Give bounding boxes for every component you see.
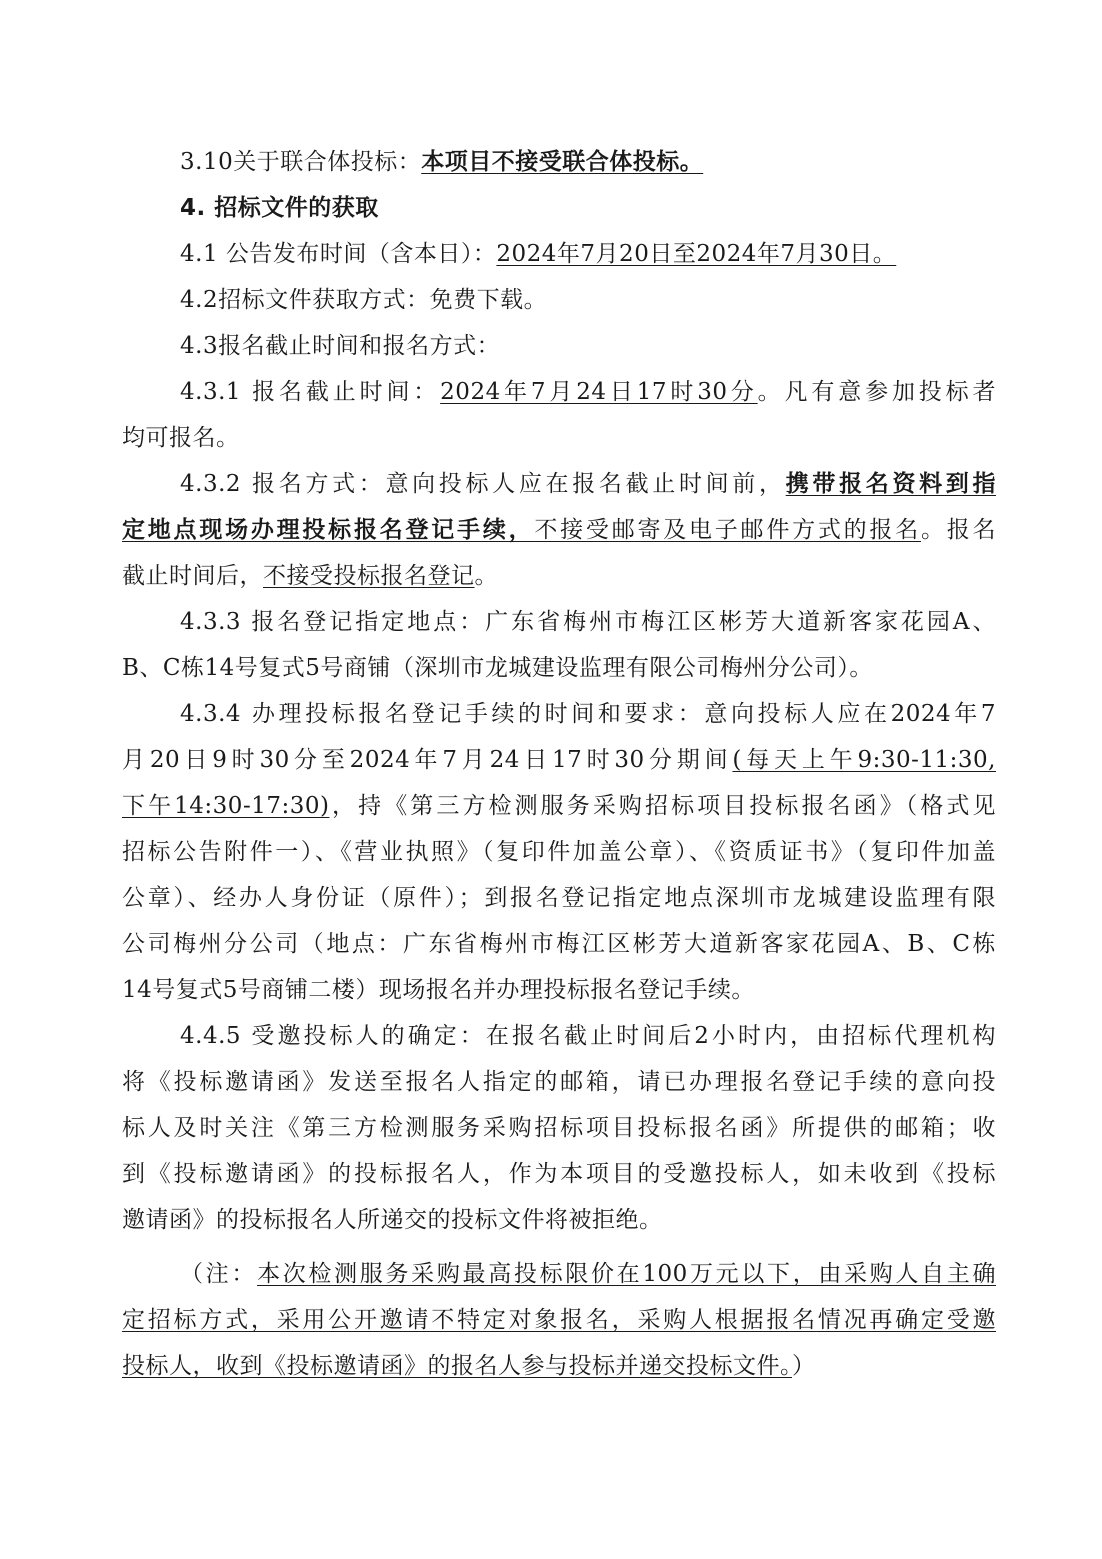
section-4-4-5-continued: 标人及时关注《第三方检测服务采购招标项目投标报名函》所提供的邮箱；收 [122,1105,996,1151]
text: 招标公告附件一）、《营业执照》（复印件加盖公章）、《资质证书》（复印件加盖 [122,839,996,865]
underlined-text: 本次检测服务采购最高投标限价在100万元以下，由采购人自主确 [257,1261,996,1287]
section-4-4-5-continued: 将《投标邀请函》发送至报名人指定的邮箱，请已办理报名登记手续的意向投 [122,1059,996,1105]
emphasis-text: 本项目不接受联合体投标。 [421,148,703,175]
text: 公司梅州分公司（地点：广东省梅州市梅江区彬芳大道新客家花园A、B、C栋 [122,931,996,957]
text: 公章）、经办人身份证（原件）；到报名登记指定地点深圳市龙城建设监理有限 [122,885,996,911]
text: ，持《第三方检测服务采购招标项目投标报名函》（格式见 [329,793,996,819]
text: 3.10关于联合体投标： [180,149,421,175]
section-4-4-5-invited-bidders: 4.4.5 受邀投标人的确定：在报名截止时间后2小时内，由招标代理机构 [180,1013,996,1059]
section-4-3-3-continued: B、C栋14号复式5号商铺（深圳市龙城建设监理有限公司梅州分公司）。 [122,645,996,691]
section-4-3-2-method: 4.3.2 报名方式：意向投标人应在报名截止时间前，携带报名资料到指 [180,461,996,507]
section-heading-4: 4. 招标文件的获取 [180,185,996,231]
text: 4.4.5 受邀投标人的确定：在报名截止时间后2小时内，由招标代理机构 [180,1023,996,1049]
emphasis-text: 定地点现场办理投标报名登记手续， [122,516,534,543]
emphasis-text: 携带报名资料到指 [786,470,996,497]
text: 。报名 [921,517,996,543]
text: 4.2招标文件获取方式：免费下载。 [180,287,547,313]
underlined-text: 2024年7月20日至2024年7月30日。 [496,241,896,267]
underlined-text: 2024年7月24日17时30分 [440,379,758,405]
underlined-text: 投标人，收到《投标邀请函》的报名人参与投标并递交投标文件。 [122,1353,792,1379]
text: B、C栋14号复式5号商铺（深圳市龙城建设监理有限公司梅州分公司）。 [122,655,873,681]
text: 标人及时关注《第三方检测服务采购招标项目投标报名函》所提供的邮箱；收 [122,1115,996,1141]
section-4-3-4-continued: 月20日9时30分至2024年7月24日17时30分期间(每天上午9:30-11… [122,737,996,783]
section-4-4-5-continued: 邀请函》的投标报名人所递交的投标文件将被拒绝。 [122,1197,996,1243]
section-4-3-4-continued: 公司梅州分公司（地点：广东省梅州市梅江区彬芳大道新客家花园A、B、C栋 [122,921,996,967]
section-4-3-4-continued: 招标公告附件一）、《营业执照》（复印件加盖公章）、《资质证书》（复印件加盖 [122,829,996,875]
heading-text: 4. 招标文件的获取 [180,195,379,221]
note-paragraph-continued: 定招标方式，采用公开邀请不特定对象报名，采购人根据报名情况再确定受邀 [122,1297,996,1343]
text: 4.3报名截止时间和报名方式： [180,333,500,359]
section-4-3-3-location: 4.3.3 报名登记指定地点：广东省梅州市梅江区彬芳大道新客家花园A、 [180,599,996,645]
text: 均可报名。 [122,425,240,451]
section-4-1-publish-time: 4.1 公告发布时间（含本日）：2024年7月20日至2024年7月30日。 [180,231,996,277]
section-4-3-4-continued: 下午14:30-17:30)，持《第三方检测服务采购招标项目投标报名函》（格式见 [122,783,996,829]
underlined-text: 定招标方式，采用公开邀请不特定对象报名，采购人根据报名情况再确定受邀 [122,1307,996,1333]
section-4-3-title: 4.3报名截止时间和报名方式： [180,323,996,369]
document-page: 3.10关于联合体投标：本项目不接受联合体投标。 4. 招标文件的获取 4.1 … [0,0,1102,1559]
text: 14号复式5号商铺二楼）现场报名并办理投标报名登记手续。 [122,977,755,1003]
text: 4.1 公告发布时间（含本日）： [180,241,496,267]
text: 月20日9时30分至2024年7月24日17时30分期间 [122,747,732,773]
section-3-10-joint-bidding: 3.10关于联合体投标：本项目不接受联合体投标。 [180,139,996,185]
note-paragraph: （注：本次检测服务采购最高投标限价在100万元以下，由采购人自主确 [180,1251,996,1297]
underlined-text: 不接受投标报名登记 [263,563,475,589]
section-4-3-2-continued: 截止时间后，不接受投标报名登记。 [122,553,996,599]
section-4-3-1-continued: 均可报名。 [122,415,996,461]
text: 将《投标邀请函》发送至报名人指定的邮箱，请已办理报名登记手续的意向投 [122,1069,996,1095]
text: 。 [475,563,499,589]
text: 4.3.1 报名截止时间： [180,379,440,405]
section-4-3-4-requirements: 4.3.4 办理投标报名登记手续的时间和要求：意向投标人应在2024年7 [180,691,996,737]
text: ） [792,1353,816,1379]
underlined-text: (每天上午9:30-11:30, [732,747,996,773]
text: 邀请函》的投标报名人所递交的投标文件将被拒绝。 [122,1207,663,1233]
text: 4.3.2 报名方式：意向投标人应在报名截止时间前， [180,471,786,497]
text: （注： [180,1261,257,1287]
text: 截止时间后， [122,563,263,589]
underlined-text: 下午14:30-17:30) [122,793,329,819]
underlined-text: 不接受邮寄及电子邮件方式的报名 [534,517,921,543]
section-4-2-obtain-method: 4.2招标文件获取方式：免费下载。 [180,277,996,323]
text: 4.3.3 报名登记指定地点：广东省梅州市梅江区彬芳大道新客家花园A、 [180,609,996,635]
text: 到《投标邀请函》的投标报名人，作为本项目的受邀投标人，如未收到《投标 [122,1161,996,1187]
section-4-3-4-continued: 14号复式5号商铺二楼）现场报名并办理投标报名登记手续。 [122,967,996,1013]
note-paragraph-continued: 投标人，收到《投标邀请函》的报名人参与投标并递交投标文件。） [122,1343,996,1389]
section-4-3-1-deadline: 4.3.1 报名截止时间：2024年7月24日17时30分。凡有意参加投标者 [180,369,996,415]
text: 4.3.4 办理投标报名登记手续的时间和要求：意向投标人应在2024年7 [180,701,996,727]
section-4-3-2-continued: 定地点现场办理投标报名登记手续，不接受邮寄及电子邮件方式的报名。报名 [122,507,996,553]
section-4-4-5-continued: 到《投标邀请函》的投标报名人，作为本项目的受邀投标人，如未收到《投标 [122,1151,996,1197]
text: 。凡有意参加投标者 [758,379,996,405]
section-4-3-4-continued: 公章）、经办人身份证（原件）；到报名登记指定地点深圳市龙城建设监理有限 [122,875,996,921]
